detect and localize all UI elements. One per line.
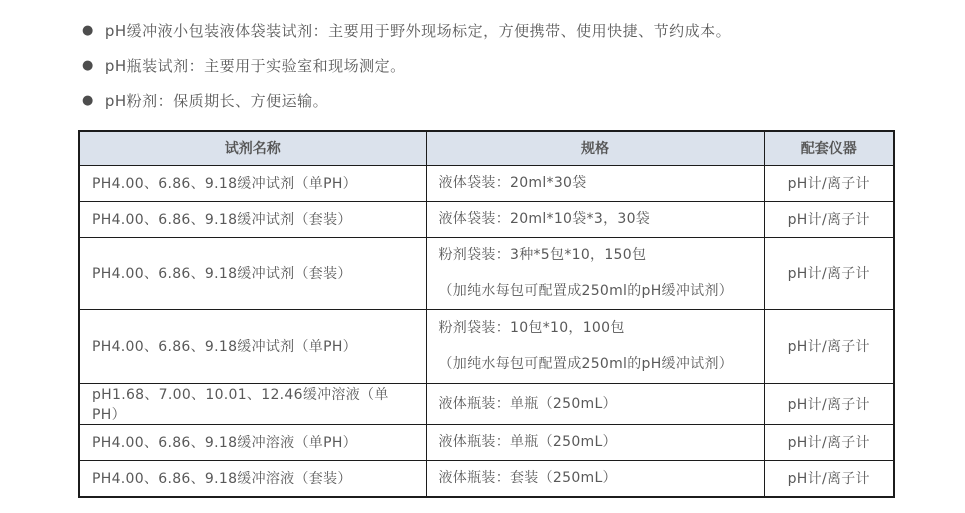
spec-cell: 粉剂袋装：10包*10，100包 （加纯水每包可配置成250ml的pH缓冲试剂） [426,309,764,383]
table-row: PH4.00、6.86、9.18缓冲试剂（单PH） 液体袋装：20ml*30袋 … [79,165,894,201]
spec-text: 液体瓶装：套装（250mL） [439,469,752,487]
spec-text: 液体袋装：20ml*10袋*3，30袋 [439,210,752,228]
table-row: PH4.00、6.86、9.18缓冲溶液（套装） 液体瓶装：套装（250mL） … [79,460,894,497]
spec-text: 液体瓶装：单瓶（250mL） [439,433,752,451]
reagent-name-cell: PH4.00、6.86、9.18缓冲试剂（单PH） [79,165,426,201]
reagent-name-cell: PH4.00、6.86、9.18缓冲试剂（单PH） [79,309,426,383]
reagent-spec-table: 试剂名称 规格 配套仪器 PH4.00、6.86、9.18缓冲试剂（单PH） 液… [78,130,895,498]
table-row: PH4.00、6.86、9.18缓冲溶液（单PH） 液体瓶装：单瓶（250mL）… [79,424,894,460]
spec-text: 粉剂袋装：3种*5包*10，150包 [439,246,752,264]
spec-cell: 液体瓶装：套装（250mL） [426,460,764,497]
spec-cell: 粉剂袋装：3种*5包*10，150包 （加纯水每包可配置成250ml的pH缓冲试… [426,237,764,309]
reagent-name-cell: PH4.00、6.86、9.18缓冲试剂（套装） [79,237,426,309]
reagent-name-cell: pH1.68、7.00、10.01、12.46缓冲溶液（单PH） [79,383,426,424]
spec-cell: 液体袋装：20ml*10袋*3，30袋 [426,201,764,237]
instrument-cell: pH计/离子计 [764,237,894,309]
instrument-cell: pH计/离子计 [764,309,894,383]
list-item: ● pH瓶装试剂：主要用于实验室和现场测定。 [78,48,965,83]
instrument-cell: pH计/离子计 [764,383,894,424]
column-header-spec: 规格 [426,131,764,165]
spec-text: 液体袋装：20ml*30袋 [439,174,752,192]
column-header-reagent-name: 试剂名称 [79,131,426,165]
instrument-cell: pH计/离子计 [764,165,894,201]
list-item: ● pH缓冲液小包装液体袋装试剂：主要用于野外现场标定，方便携带、使用快捷、节约… [78,13,965,48]
bullet-text: pH瓶装试剂：主要用于实验室和现场测定。 [105,55,406,76]
bullet-icon: ● [82,94,94,107]
table-row: pH1.68、7.00、10.01、12.46缓冲溶液（单PH） 液体瓶装：单瓶… [79,383,894,424]
bullet-list: ● pH缓冲液小包装液体袋装试剂：主要用于野外现场标定，方便携带、使用快捷、节约… [78,13,965,118]
page: ● pH缓冲液小包装液体袋装试剂：主要用于野外现场标定，方便携带、使用快捷、节约… [0,0,965,498]
reagent-name-cell: PH4.00、6.86、9.18缓冲溶液（套装） [79,460,426,497]
spec-note: （加纯水每包可配置成250ml的pH缓冲试剂） [439,282,752,300]
bullet-icon: ● [82,24,94,37]
instrument-cell: pH计/离子计 [764,201,894,237]
spec-cell: 液体瓶装：单瓶（250mL） [426,424,764,460]
instrument-cell: pH计/离子计 [764,424,894,460]
instrument-cell: pH计/离子计 [764,460,894,497]
spec-cell: 液体袋装：20ml*30袋 [426,165,764,201]
table-row: PH4.00、6.86、9.18缓冲试剂（单PH） 粉剂袋装：10包*10，10… [79,309,894,383]
table-row: PH4.00、6.86、9.18缓冲试剂（套装） 粉剂袋装：3种*5包*10，1… [79,237,894,309]
bullet-text: pH缓冲液小包装液体袋装试剂：主要用于野外现场标定，方便携带、使用快捷、节约成本… [105,20,731,41]
spec-text: 液体瓶装：单瓶（250mL） [439,395,752,413]
spec-cell: 液体瓶装：单瓶（250mL） [426,383,764,424]
reagent-name-cell: PH4.00、6.86、9.18缓冲溶液（单PH） [79,424,426,460]
list-item: ● pH粉剂：保质期长、方便运输。 [78,83,965,118]
column-header-instrument: 配套仪器 [764,131,894,165]
spec-note: （加纯水每包可配置成250ml的pH缓冲试剂） [439,355,752,373]
table-header-row: 试剂名称 规格 配套仪器 [79,131,894,165]
bullet-icon: ● [82,59,94,72]
spec-text: 粉剂袋装：10包*10，100包 [439,319,752,337]
table-row: PH4.00、6.86、9.18缓冲试剂（套装） 液体袋装：20ml*10袋*3… [79,201,894,237]
bullet-text: pH粉剂：保质期长、方便运输。 [105,90,328,111]
reagent-name-cell: PH4.00、6.86、9.18缓冲试剂（套装） [79,201,426,237]
